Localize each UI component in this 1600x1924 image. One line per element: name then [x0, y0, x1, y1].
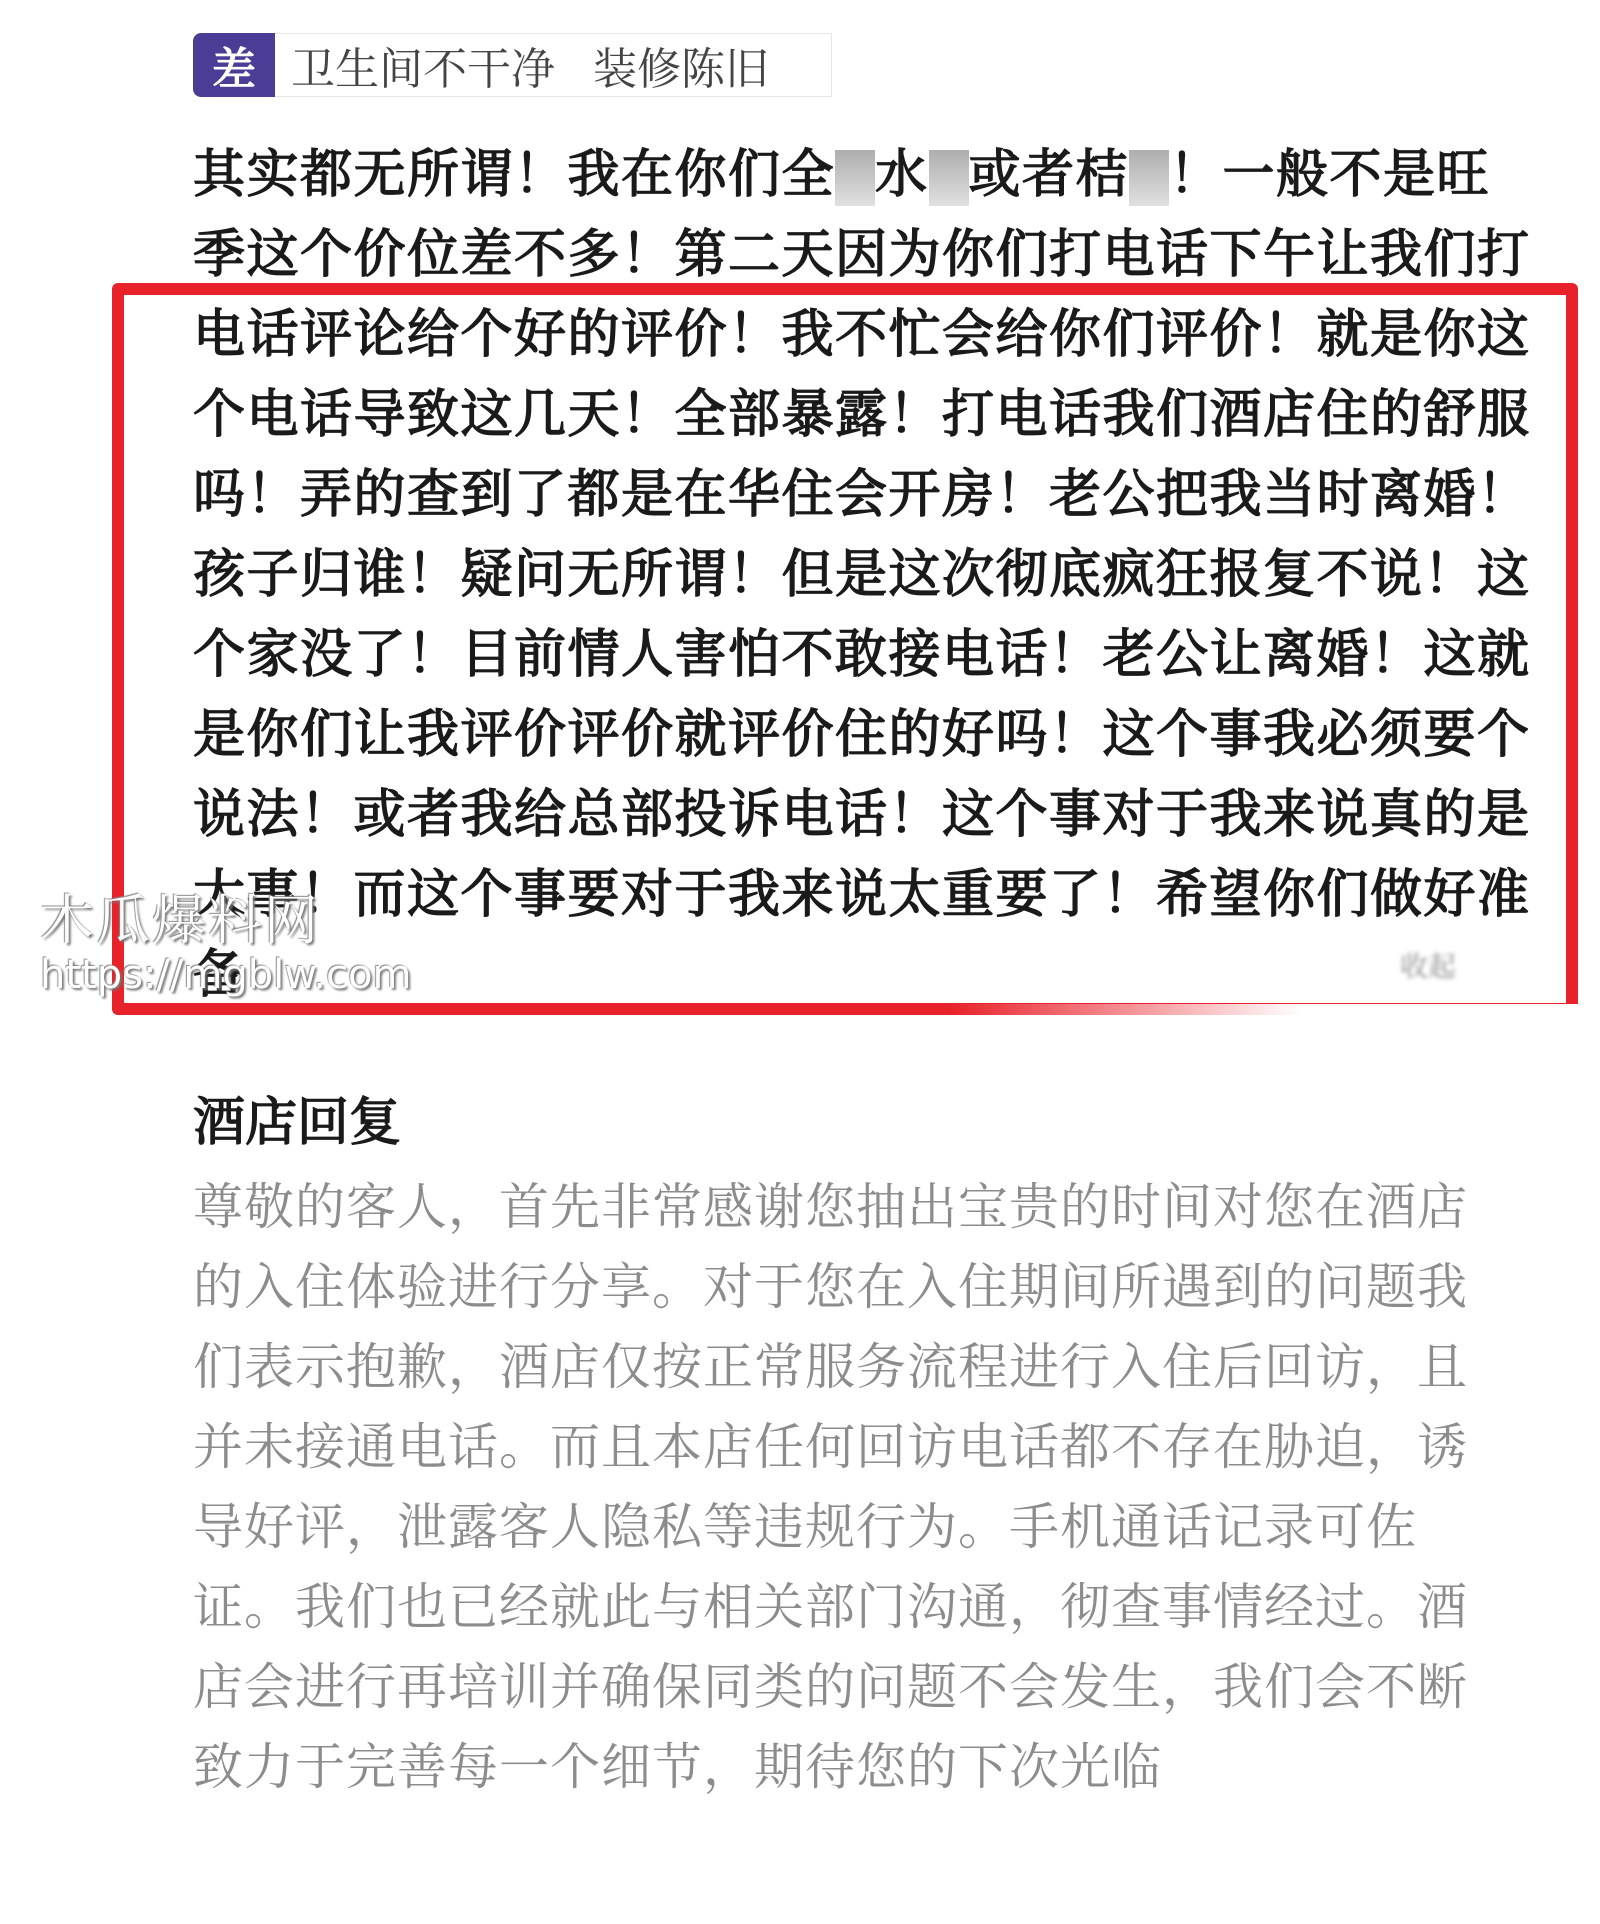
rating-badge: 差	[193, 33, 275, 97]
watermark-url: https://mgblw.com	[40, 952, 411, 998]
reply-line: 并未接通电话。而且本店任何回访电话都不存在胁迫，诱	[193, 1407, 1533, 1487]
reply-line: 店会进行再培训并确保同类的问题不会发生，我们会不断	[193, 1647, 1533, 1727]
reply-line: 的入住体验进行分享。对于您在入住期间所遇到的问题我	[193, 1247, 1533, 1327]
redaction-mask	[835, 150, 875, 206]
reply-line: 导好评，泄露客人隐私等违规行为。手机通话记录可佐	[193, 1487, 1533, 1567]
highlight-fade	[950, 1004, 1590, 1034]
rating-tag-row: 差 卫生间不干净 装修陈旧	[193, 33, 832, 97]
hotel-reply-text: 尊敬的客人，首先非常感谢您抽出宝贵的时间对您在酒店 的入住体验进行分享。对于您在…	[193, 1167, 1533, 1807]
redaction-mask	[929, 150, 969, 206]
collapse-link[interactable]: 收起	[1400, 945, 1490, 981]
watermark: 木瓜爆料网 https://mgblw.com	[40, 890, 411, 998]
watermark-title: 木瓜爆料网	[40, 890, 411, 952]
reply-line: 尊敬的客人，首先非常感谢您抽出宝贵的时间对您在酒店	[193, 1167, 1533, 1247]
tag-bathroom: 卫生间不干净	[291, 33, 555, 97]
tag-decoration: 装修陈旧	[593, 33, 769, 97]
rating-tags: 卫生间不干净 装修陈旧	[275, 33, 832, 97]
review-line: 其实都无所谓！我在你们全水或者桔！一般不是旺	[193, 135, 1533, 215]
reply-line: 致力于完善每一个细节，期待您的下次光临	[193, 1727, 1533, 1807]
redaction-mask	[1129, 150, 1169, 206]
reply-line: 证。我们也已经就此与相关部门沟通，彻查事情经过。酒	[193, 1567, 1533, 1647]
hotel-reply-title: 酒店回复	[193, 1080, 401, 1155]
reply-line: 们表示抱歉，酒店仅按正常服务流程进行入住后回访，且	[193, 1327, 1533, 1407]
